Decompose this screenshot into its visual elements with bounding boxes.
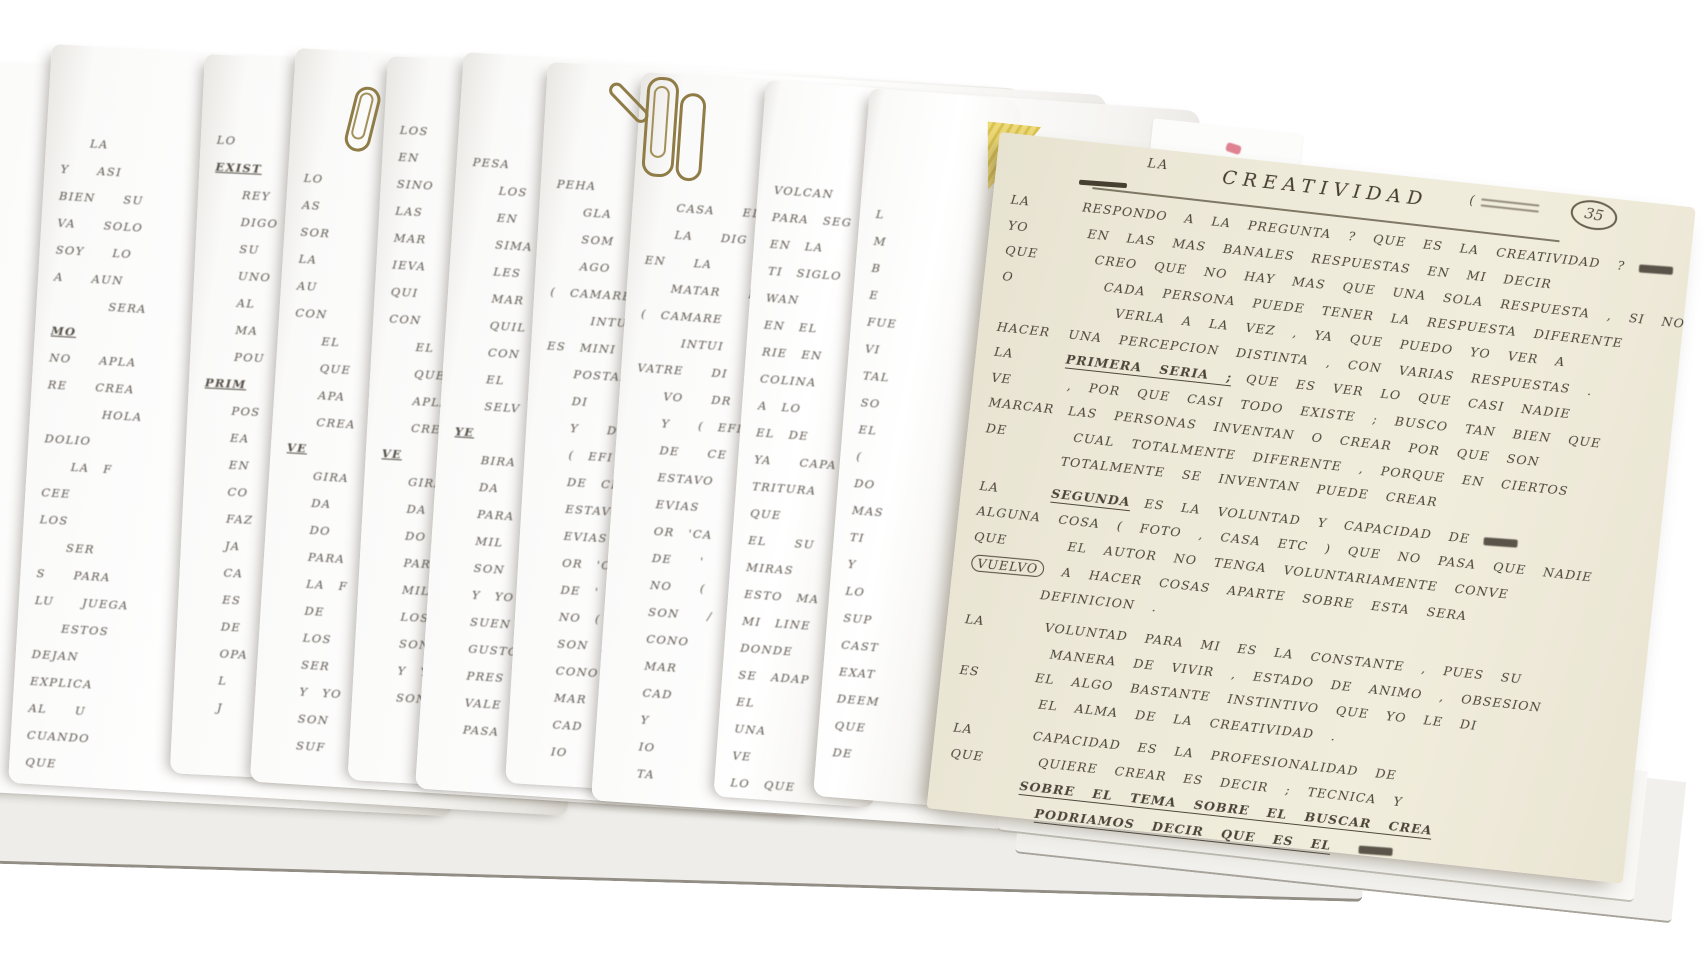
margin-word: LA: [953, 719, 1026, 742]
margin-word: [968, 591, 1040, 599]
photo-canvas: que sera de lo que se escribe en estas p…: [0, 0, 1706, 960]
note-paren: (: [1469, 193, 1476, 208]
scribbled-out-word: [1359, 845, 1393, 855]
pen-dash-mark: [1079, 180, 1127, 189]
margin-word: [945, 807, 1017, 815]
margin-word: LA: [1010, 192, 1083, 215]
margin-word: [983, 457, 1055, 465]
illegible-note: (: [1469, 193, 1540, 212]
margin-word: [962, 648, 1034, 656]
title-prefix: LA: [1147, 156, 1171, 173]
top-manuscript-page: LA CREATIVIDAD ( 35 LARESPONDO A LA PREG…: [927, 132, 1696, 884]
page-number-badge: 35: [1568, 196, 1620, 234]
scribbled-out-word: [1639, 264, 1673, 274]
margin-word: LA: [964, 611, 1037, 634]
page-title: CREATIVIDAD: [1221, 166, 1429, 210]
underlined-heading: SEGUNDA: [1050, 485, 1131, 511]
margin-word: [947, 782, 1019, 790]
margin-word: LA: [979, 477, 1052, 500]
margin-word: [999, 305, 1071, 313]
margin-word: [956, 699, 1028, 707]
handwritten-text-block: LARESPONDO A LA PREGUNTA ? QUE ES LA CRE…: [943, 192, 1668, 893]
scribbled-out-word: [1484, 537, 1518, 547]
